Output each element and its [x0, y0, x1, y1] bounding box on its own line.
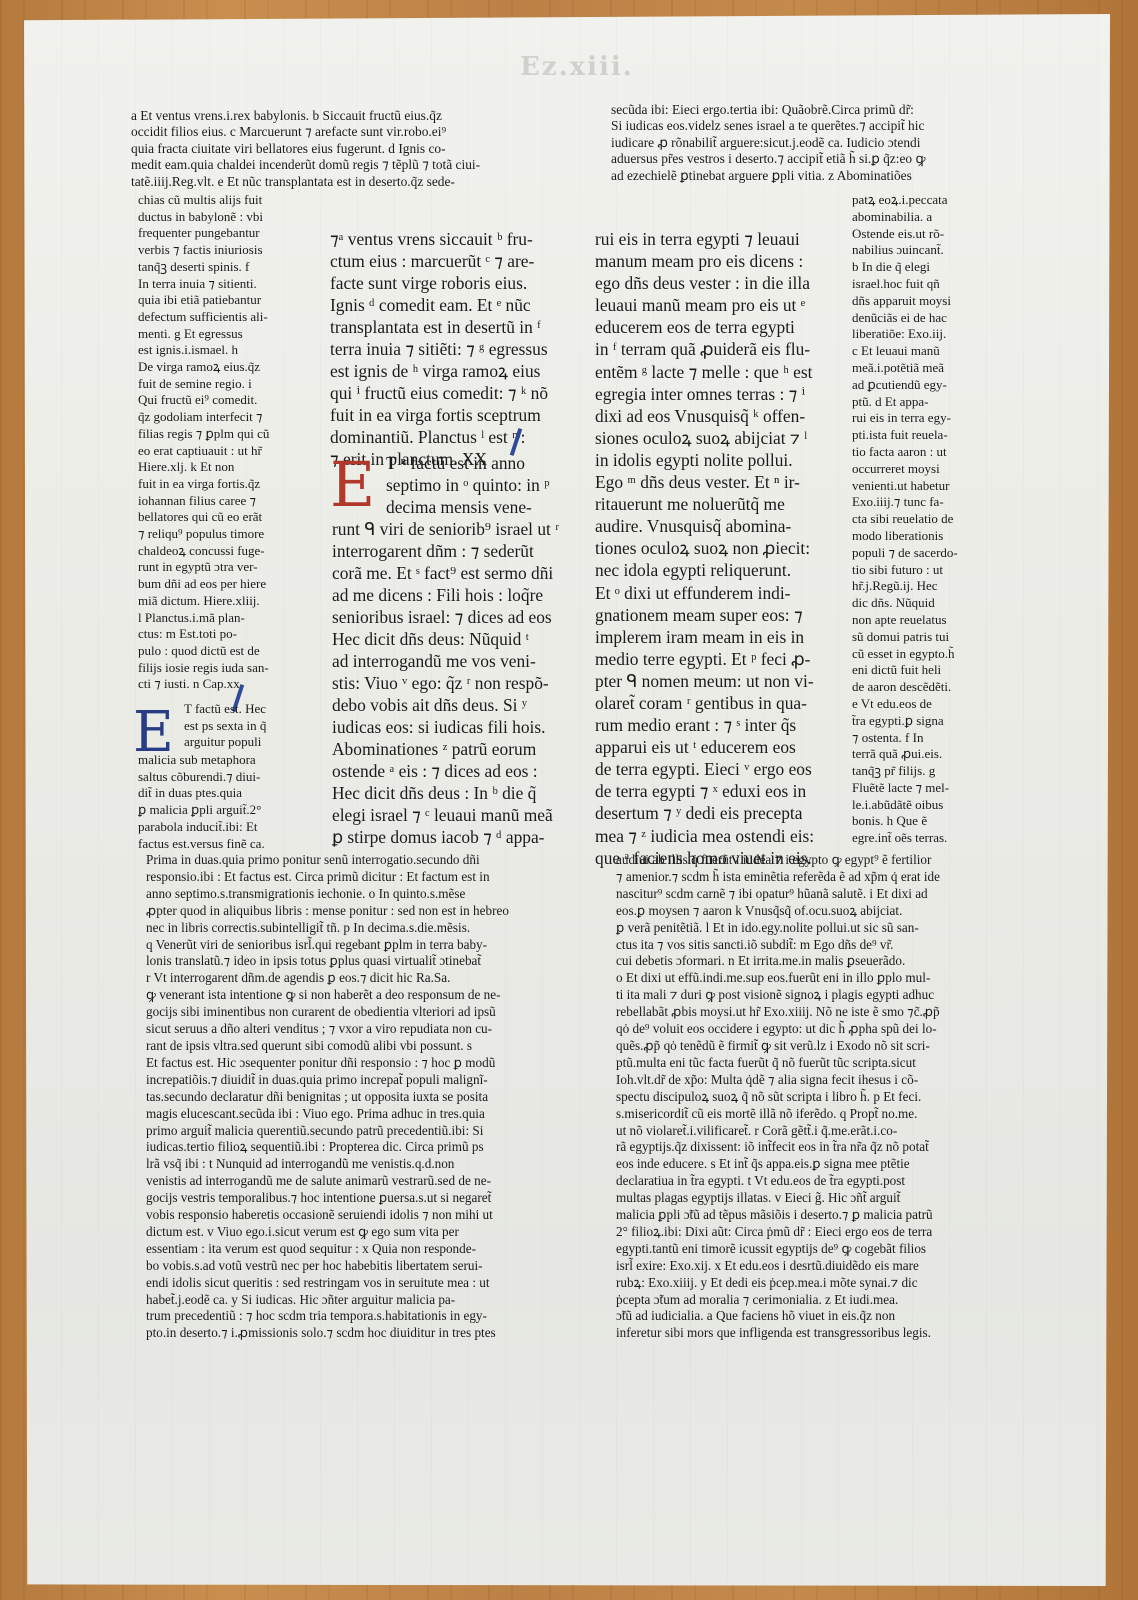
text-line: septimo in ᵒ quinto: in ᵖ [386, 474, 550, 496]
gloss-line: bum dñi ad eos per hiere [138, 576, 269, 593]
gloss-line: gocijs vestris temporalibus.⁊ hoc intent… [146, 1190, 509, 1207]
gloss-line: bonis. h Que ẽ [852, 813, 958, 830]
text-line: Hec dicit dñs deus: Nũquid ᵗ [332, 628, 559, 650]
gloss-line: qȯ de⁹ voluit eos occidere i egypto: ut … [616, 1021, 940, 1038]
gloss-line: medit eam.quia chaldei incenderũt domũ r… [131, 157, 480, 173]
gloss-line: venienti.ut habetur [852, 478, 958, 495]
gloss-line: terrã quã ꝓui.eis. [852, 746, 958, 763]
gloss-line: runt in egyptũ ɔtra ver- [138, 559, 269, 576]
gloss-line: multas plagas egyptijs illatas. v Eieci … [616, 1190, 940, 1207]
text-line: rum medio erant : ⁊ ˢ inter q̃s [595, 714, 814, 736]
gloss-line: israel.hoc fuit qñ [852, 276, 958, 293]
gloss-line: de aaron descẽdẽti. [852, 679, 958, 696]
text-line: ostende ᵃ eis : ⁊ dices ad eos : [332, 760, 559, 782]
text-line: entẽm ᵍ lacte ⁊ melle : que ʰ est [595, 361, 814, 383]
gloss-line: eos.ꝑ moysen ⁊ aaron k Vnusq̃sq̃ of.ocu.… [616, 903, 940, 920]
gloss-line: magis elucescant.secũda ibi : Viuo ego. … [146, 1106, 509, 1123]
gloss-line: ductus in babylonẽ : vbi [138, 209, 269, 226]
gloss-line: malicia sub metaphora [138, 752, 265, 769]
gloss-line: e Vt edu.eos de [852, 696, 958, 713]
gloss-line: fuit de semine regio. i [138, 376, 269, 393]
text-line: corã me. Et ˢ fact⁹ est sermo dñi [332, 562, 559, 584]
gloss-line: rui eis in terra egy- [852, 410, 958, 427]
text-line: olaret̃ coram ʳ gentibus in qua- [595, 692, 814, 714]
gloss-line: bo vobis.s.ad votũ vestrũ nec per hoc ha… [146, 1258, 509, 1275]
gloss-line: Fluẽtẽ lacte ⁊ mel- [852, 780, 958, 797]
text-line: transplantata est in desertũ in ᶠ [330, 316, 548, 338]
left-gloss-below-initial: malicia sub metaphora saltus cõburendi.⁊… [138, 752, 265, 852]
gloss-line: egre.int̃ oẽs terras. [852, 830, 958, 847]
gloss-line: s.misericordit̃ cũ eis mortẽ illã nõ ife… [616, 1106, 940, 1123]
gloss-line: defectum sufficientis ali- [138, 309, 269, 326]
gloss-line: cũ esset in egypto.h̃ [852, 646, 958, 663]
gloss-line: chaldeoꝝ concussi fuge- [138, 543, 269, 560]
text-line: iudicas eos: si iudicas fili hois. [332, 716, 559, 738]
gloss-line: In terra inuia ⁊ sitienti. [138, 276, 269, 293]
text-line: facte sunt virge roboris eius. [330, 272, 548, 294]
text-line: Ego ᵐ dñs deus vester. Et ⁿ ir- [595, 471, 814, 493]
text-line: ad me dicens : Fili hois : loq̃re [332, 584, 559, 606]
gloss-line: c Et leuaui manũ [852, 343, 958, 360]
main-text-column-2: rui eis in terra egypti ⁊ leuaui manum m… [595, 228, 814, 869]
text-line: in ᶠ terram quã ꝓuiderã eis flu- [595, 338, 814, 360]
gloss-line: sũ domui patris tui [852, 629, 958, 646]
gloss-line: occidit filios eius. c Marcuerunt ⁊ aref… [131, 124, 480, 140]
gloss-line: rubꝝ: Exo.xiiij. y Et dedi eis ṗcep.mea.… [616, 1275, 940, 1292]
gloss-line: responsio.ibi : Et factus est. Circa pri… [146, 869, 509, 886]
gloss-line: ṗcepta ɔ̃tum ad moralia ⁊ cerimonialia. … [616, 1292, 940, 1309]
gloss-line: menti. g Et egressus [138, 326, 269, 343]
gloss-line: eos inde educere. s Et int̃ q̃s appa.eis… [616, 1156, 940, 1173]
text-line: interrogarent dñm : ⁊ sederũt [332, 540, 559, 562]
gloss-line: ɔ̃tũ ad iudicialia. a Que faciens hõ viu… [616, 1308, 940, 1325]
gloss-line: ꝓpter quod in aliquibus libris : mense p… [146, 903, 509, 920]
gloss-line: factus est.versus finẽ ca. [138, 836, 265, 853]
text-line: leuaui manũ meam pro eis ut ᵉ [595, 294, 814, 316]
gloss-line: nec in libris correctis.subintelligit̃ t… [146, 920, 509, 937]
top-gloss-left: a Et ventus vrens.i.rex babylonis. b Sic… [131, 108, 480, 190]
gloss-line: populi ⁊ de sacerdo- [852, 545, 958, 562]
gloss-line: iudicas.tertio filioꝝ sequentiũ.ibi : Pr… [146, 1139, 509, 1156]
text-line: ꝑ stirpe domus iacob ⁊ ᵈ appa- [332, 826, 559, 848]
gloss-line: tio facta aaron : ut [852, 444, 958, 461]
text-line: manum meam pro eis dicens : [595, 250, 814, 272]
gloss-line: pto.in deserto.⁊ i.ꝓmissionis solo.⁊ scd… [146, 1325, 509, 1342]
gloss-line: Hiere.xlj. k Et non [138, 459, 269, 476]
gloss-line: nabilius ɔuincant̃. [852, 242, 958, 259]
text-line: siones oculoꝝ suoꝝ abijciat ⁊ ˡ [595, 427, 814, 449]
text-line: elegi israel ⁊ ᶜ leuaui manũ meã [332, 804, 559, 826]
gloss-line: egypti.tantũ eni timorẽ icussit egyptijs… [616, 1241, 940, 1258]
gloss-line: sicut seruus a dño alteri venditus ; ⁊ v… [146, 1021, 509, 1038]
gloss-line: Exo.iiij.⁊ tunc fa- [852, 494, 958, 511]
gloss-line: est ps sexta in q̃ [184, 718, 266, 735]
gloss-line: rebellabãt ꝓbis moysi.ut hr̃ Exo.xiiij. … [616, 1004, 940, 1021]
gloss-line: dit̃ in duas ptes.quia [138, 785, 265, 802]
gloss-line: filias regis ⁊ ꝑplm qui cũ [138, 426, 269, 443]
text-line: in idolis egypti nolite pollui. [595, 449, 814, 471]
gloss-line: ⁊ reliqu⁹ populus timore [138, 526, 269, 543]
gloss-line: nascitur⁹ scdm carnẽ ⁊ ibi opatur⁹ hũanã… [616, 886, 940, 903]
gloss-line: endi idolis sicut queritis : sed restrin… [146, 1275, 509, 1292]
gloss-line: modo liberationis [852, 528, 958, 545]
gloss-line: tatẽ.iiij.Reg.vlt. e Et nũc transplantat… [131, 174, 480, 190]
gloss-line: quia fracta ciuitate viri bellatores eiu… [131, 141, 480, 157]
gloss-line: audiui ab illis q̇ fuerũt i iudea ⁊ i eg… [616, 852, 940, 869]
gloss-line: iudicare ꝓ rõnabilit̃ arguere:sicut.j.eo… [611, 135, 926, 151]
text-line: debo vobis ait dñs deus. Si ʸ [332, 694, 559, 716]
gloss-line: meã.i.potẽtiã meã [852, 360, 958, 377]
text-line: ritauerunt me noluerũtq̃ me [595, 493, 814, 515]
text-line: fuit in ea virga fortis sceptrum [330, 404, 548, 426]
gloss-line: miã dictum. Hiere.xliij. [138, 593, 269, 610]
gloss-line: secũda ibi: Eieci ergo.tertia ibi: Quãob… [611, 102, 926, 118]
gloss-line: r Vt interrogarent dñm.de agendis ꝑ eos.… [146, 970, 509, 987]
gloss-line: abominabilia. a [852, 209, 958, 226]
gloss-line: spectu discipuloꝝ suoꝝ q̃ nõ sũt scripta… [616, 1089, 940, 1106]
gloss-line: bellatores qui cũ eo erãt [138, 509, 269, 526]
gloss-line: Qui fructũ ei⁹ comedit. [138, 392, 269, 409]
text-line: decima mensis vene- [386, 496, 550, 518]
text-line: ctum eius : marcuerũt ᶜ ⁊ are- [330, 250, 548, 272]
gloss-line: arguitur populi [184, 734, 266, 751]
text-line: stis: Viuo ᵛ ego: q̃z ʳ non respõ- [332, 672, 559, 694]
gloss-line: filijs iosie regis iuda san- [138, 660, 269, 677]
text-line: ego dñs deus vester : in die illa [595, 272, 814, 294]
text-line: de terra egypti. Eieci ᵛ ergo eos [595, 758, 814, 780]
text-line: Abominationes ᶻ patrũ eorum [332, 738, 559, 760]
gloss-line: malicia ꝑpli ɔ̃tũ ad tẽpus mãsiõis i des… [616, 1207, 940, 1224]
gloss-line: essentiam : ita verum est quod sequitur … [146, 1241, 509, 1258]
gloss-line: ad ezechielẽ ꝑtinebat arguere ꝑpli vitia… [611, 168, 926, 184]
text-line: medio terre egypti. Et ᵖ feci ꝓ- [595, 648, 814, 670]
text-line: Hec dicit dñs deus : In ᵇ die q̃ [332, 782, 559, 804]
gloss-line: dic dñs. Nũquid [852, 595, 958, 612]
red-rubricated-initial: E [330, 448, 375, 521]
text-line: terra inuia ⁊ sitiẽti: ⁊ ᵍ egressus [330, 338, 548, 360]
gloss-line: chias cũ multis alijs fuit [138, 192, 269, 209]
gloss-line: Et factus est. Hic ɔsequenter ponitur dñ… [146, 1055, 509, 1072]
gloss-line: Ioh.vlt.dr̃ de xp̃o: Multa q̇dẽ ⁊ alia s… [616, 1072, 940, 1089]
gloss-line: b In die q̃ elegi [852, 259, 958, 276]
text-line: Ignis ᵈ comedit eam. Et ᵉ nũc [330, 294, 548, 316]
gloss-line: q Venerũt viri de senioribus isrl̃.qui r… [146, 937, 509, 954]
gloss-line: dictum est. v Viuo ego.i.sicut verum est… [146, 1224, 509, 1241]
main-text-beside-initial: T ⁿ factũ est in anno septimo in ᵒ quint… [386, 452, 550, 518]
gloss-line: a Et ventus vrens.i.rex babylonis. b Sic… [131, 108, 480, 124]
gloss-line: saltus cõburendi.⁊ diui- [138, 769, 265, 786]
gloss-line: gocijs sibi iminentibus non curarent de … [146, 1004, 509, 1021]
text-line: est ignis de ʰ virga ramoꝝ eius [330, 360, 548, 382]
gloss-line: hr̃.j.Regũ.ij. Hec [852, 578, 958, 595]
gloss-line: ad ꝑcutiendũ egy- [852, 377, 958, 394]
gloss-line: tanq̃ꝫ pr̃ filijs. g [852, 763, 958, 780]
text-line: gnationem meam super eos: ⁊ [595, 604, 814, 626]
gloss-line: increpatiõis.⁊ diuidit̃ in duas.quia pri… [146, 1072, 509, 1089]
gloss-line: fuit in ea virga fortis.q̃z [138, 476, 269, 493]
gloss-line: 2° filioꝝ.ibi: Dixi aũt: Circa ṗmũ dr̃ :… [616, 1224, 940, 1241]
gloss-line: venistis ad interrogandũ me de salute an… [146, 1173, 509, 1190]
gloss-line: le.i.abũdãtẽ oibus [852, 797, 958, 814]
gloss-line: dñs apparuit moysi [852, 293, 958, 310]
text-line: pter ᑫ nomen meum: ut non vi- [595, 670, 814, 692]
gloss-line: tas.secundo declaratur dñi benignitas ; … [146, 1089, 509, 1106]
gloss-line: tanq̃ꝫ deserti spinis. f [138, 259, 269, 276]
bottom-gloss-left: Prima in duas.quia primo ponitur senũ in… [146, 852, 509, 1342]
gloss-line: ꝙ venerant ista intentione ꝙ si non habe… [146, 987, 509, 1004]
gloss-line: liberatiõe: Exo.iij. [852, 326, 958, 343]
gloss-line: quia ibi etiã patiebantur [138, 292, 269, 309]
text-line: educerem eos de terra egypti [595, 316, 814, 338]
gloss-line: pti.ista fuit reuela- [852, 427, 958, 444]
left-gloss-beside-initial: T factũ est. Hec est ps sexta in q̃ argu… [184, 701, 266, 751]
gloss-line: ctus ita ⁊ vos sitis sancti.iõ subdit̃: … [616, 937, 940, 954]
gloss-line: cui debetis ɔformari. n Et irrita.me.in … [616, 953, 940, 970]
gloss-line: est ignis.i.ismael. h [138, 342, 269, 359]
text-line: de terra egypti ⁊ ˣ eduxi eos in [595, 780, 814, 802]
gloss-line: ⁊ amenior.⁊ scdm h̃ ista eminẽtia referẽ… [616, 869, 940, 886]
gloss-line: lonis translatũ.⁊ ideo in ipsis totus ꝑp… [146, 953, 509, 970]
text-line: Et ᵒ dixi ut effunderem indi- [595, 582, 814, 604]
gloss-line: vobis responsio haberetis occasionẽ seru… [146, 1207, 509, 1224]
gloss-line: isrl̃ exire: Exo.xij. x Et edu.eos i des… [616, 1258, 940, 1275]
text-line: senioribus israel: ⁊ dices ad eos [332, 606, 559, 628]
right-marginal-gloss: patꝝ eoꝝ.i.peccata abominabilia. a Osten… [852, 192, 958, 847]
text-line: mea ⁊ ᶻ iudicia mea ostendi eis: [595, 825, 814, 847]
gloss-line: parabola inducit̃.ibi: Et [138, 819, 265, 836]
gloss-line: habet̃.j.eodẽ ca. y Si iudicas. Hic ɔñte… [146, 1292, 509, 1309]
gloss-line: ptũ. d Et appa- [852, 394, 958, 411]
gloss-line: q̃z godoliam interfecit ⁊ [138, 409, 269, 426]
gloss-line: non apte reuelatus [852, 612, 958, 629]
gloss-line: anno septimo.s.transmigrationis iechonie… [146, 886, 509, 903]
text-line: dixi ad eos Vnusquisq̃ ᵏ offen- [595, 405, 814, 427]
text-line: rui eis in terra egypti ⁊ leuaui [595, 228, 814, 250]
gloss-line: trum precedentiũ : ⁊ hoc scdm tria tempo… [146, 1308, 509, 1325]
gloss-line: ti ita mali ⁊ duri ꝙ post visionẽ signoꝝ… [616, 987, 940, 1004]
gloss-line: rã egyptijs.q̃z dixissent: iõ int̃fecit … [616, 1139, 940, 1156]
text-line: ⁊ᵃ ventus vrens siccauit ᵇ fru- [330, 228, 548, 250]
text-line: tiones oculoꝝ suoꝝ non ꝓiecit: [595, 537, 814, 559]
gloss-line: cti ⁊ iusti. n Cap.xx [138, 676, 269, 693]
gloss-line: patꝝ eoꝝ.i.peccata [852, 192, 958, 209]
gloss-line: Si iudicas eos.videlz senes israel a te … [611, 118, 926, 134]
text-line: qui ⁱ fructũ eius comedit: ⁊ ᵏ nõ [330, 382, 548, 404]
left-marginal-gloss: chias cũ multis alijs fuit ductus in bab… [138, 192, 269, 693]
gloss-line: o Et dixi ut effũ.indi.me.sup eos.fuerũt… [616, 970, 940, 987]
gloss-line: eni dictũ fuit heli [852, 662, 958, 679]
gloss-line: cta sibi reuelatio de [852, 511, 958, 528]
gloss-line: frequenter pungebantur [138, 225, 269, 242]
gloss-line: l Planctus.i.mã plan- [138, 610, 269, 627]
top-gloss-right: secũda ibi: Eieci ergo.tertia ibi: Quãob… [611, 102, 926, 184]
gloss-line: ꝑ verã penitẽtiã. l Et in ido.egy.nolite… [616, 920, 940, 937]
main-text-column-1-bottom: runt ᑫ viri de seniorib⁹ israel ut ʳ int… [332, 518, 559, 848]
text-line: audire. Vnusquisq̃ abomina- [595, 515, 814, 537]
gloss-line: rant de ipsis vltra.sed querunt sibi com… [146, 1038, 509, 1055]
text-line: nec idola egypti reliquerunt. [595, 559, 814, 581]
gloss-line: occurreret moysi [852, 461, 958, 478]
gloss-line: tio sibi futuro : ut [852, 562, 958, 579]
text-line: T ⁿ factũ est in anno [386, 452, 550, 474]
gloss-line: verbis ⁊ factis iniuriosis [138, 242, 269, 259]
text-line: ad interrogandũ me vos veni- [332, 650, 559, 672]
gloss-line: T factũ est. Hec [184, 701, 266, 718]
gloss-line: Prima in duas.quia primo ponitur senũ in… [146, 852, 509, 869]
gloss-line: denũciãs ei de hac [852, 310, 958, 327]
text-line: runt ᑫ viri de seniorib⁹ israel ut ʳ [332, 518, 559, 540]
bleedthrough-running-title: Ez.xiii. [520, 52, 634, 82]
gloss-line: eo erat captiuauit : ut hr̃ [138, 443, 269, 460]
gloss-line: declaratiua in t̃ra egypti. t Vt edu.eos… [616, 1173, 940, 1190]
gloss-line: t̃ra egypti.ꝑ signa [852, 713, 958, 730]
gloss-line: lrã vsq̃ ibi : t Nunquid ad interrogandũ… [146, 1156, 509, 1173]
text-line: implerem iram meam in eis in [595, 626, 814, 648]
gloss-line: Ostende eis.ut rõ- [852, 226, 958, 243]
gloss-line: iohannan filius caree ⁊ [138, 493, 269, 510]
gloss-line: aduersus pr̃es vestros i deserto.⁊ accip… [611, 151, 926, 167]
gloss-line: ctus: m Est.toti po- [138, 626, 269, 643]
text-line: egregia inter omnes terras : ⁊ ⁱ [595, 383, 814, 405]
gloss-line: inferetur sibi mors que infligenda est t… [616, 1325, 940, 1342]
gloss-line: primo arguit̃ malicia querentiũ.secundo … [146, 1123, 509, 1140]
gloss-line: ut nõ violaret̃.i.vilificaret̃. r Corã g… [616, 1123, 940, 1140]
gloss-line: De virga ramoꝝ eius.q̃z [138, 359, 269, 376]
gloss-line: ptũ.multa eni tũc facta fuerũt q̃ nõ fue… [616, 1055, 940, 1072]
gloss-line: pulo : quod dictũ est de [138, 643, 269, 660]
text-line: desertum ⁊ ʸ dedi eis precepta [595, 802, 814, 824]
bottom-gloss-right: audiui ab illis q̇ fuerũt i iudea ⁊ i eg… [616, 852, 940, 1342]
gloss-line: ꝑ malicia ꝑpli arguit̃.2° [138, 802, 265, 819]
gloss-line: quẽs.ꝓp̃ qȯ tenẽdũ ẽ firmit̃ ꝙ sit verũ.… [616, 1038, 940, 1055]
text-line: apparui eis ut ᵗ educerem eos [595, 736, 814, 758]
gloss-line: ⁊ ostenta. f In [852, 730, 958, 747]
